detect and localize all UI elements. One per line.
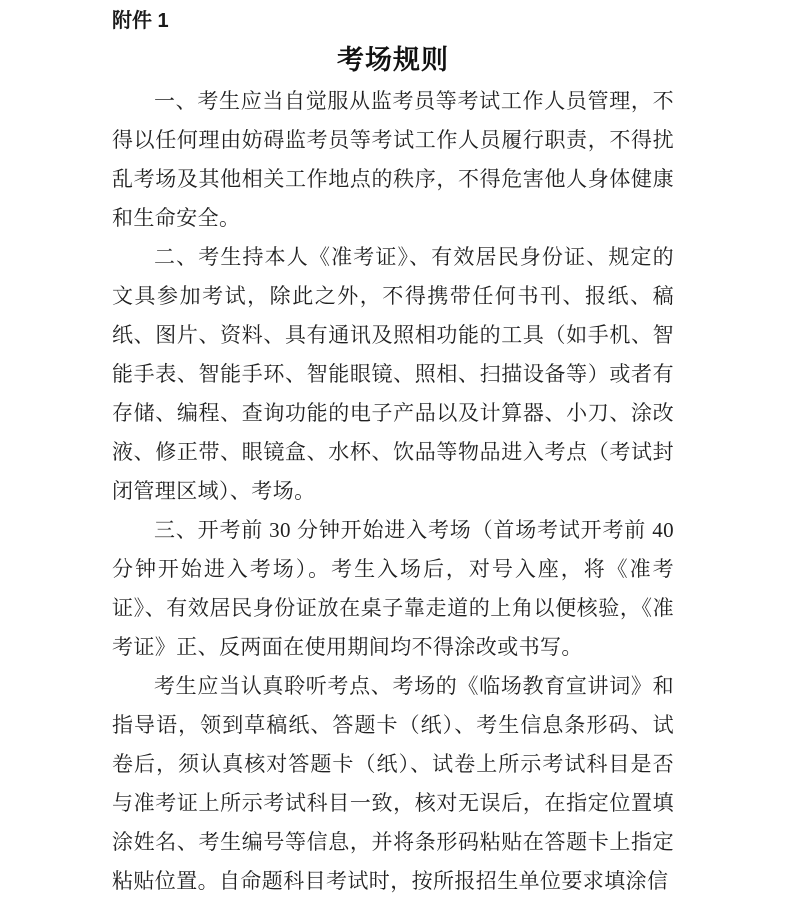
document-body: 一、考生应当自觉服从监考员等考试工作人员管理，不得以任何理由妨碍监考员等考试工作… [112, 82, 674, 898]
paragraph-rule-2: 二、考生持本人《准考证》、有效居民身份证、规定的文具参加考试，除此之外，不得携带… [112, 238, 674, 511]
paragraph-rule-3: 三、开考前 30 分钟开始进入考场（首场考试开考前 40 分钟开始进入考场）。考… [112, 511, 674, 667]
paragraph-rule-4: 考生应当认真聆听考点、考场的《临场教育宣讲词》和指导语，领到草稿纸、答题卡（纸）… [112, 667, 674, 898]
attachment-label: 附件 1 [112, 8, 674, 35]
document-page: 附件 1 考场规则 一、考生应当自觉服从监考员等考试工作人员管理，不得以任何理由… [0, 0, 786, 898]
document-title: 考场规则 [112, 43, 674, 78]
paragraph-rule-1: 一、考生应当自觉服从监考员等考试工作人员管理，不得以任何理由妨碍监考员等考试工作… [112, 82, 674, 238]
document-content: 附件 1 考场规则 一、考生应当自觉服从监考员等考试工作人员管理，不得以任何理由… [0, 0, 786, 898]
